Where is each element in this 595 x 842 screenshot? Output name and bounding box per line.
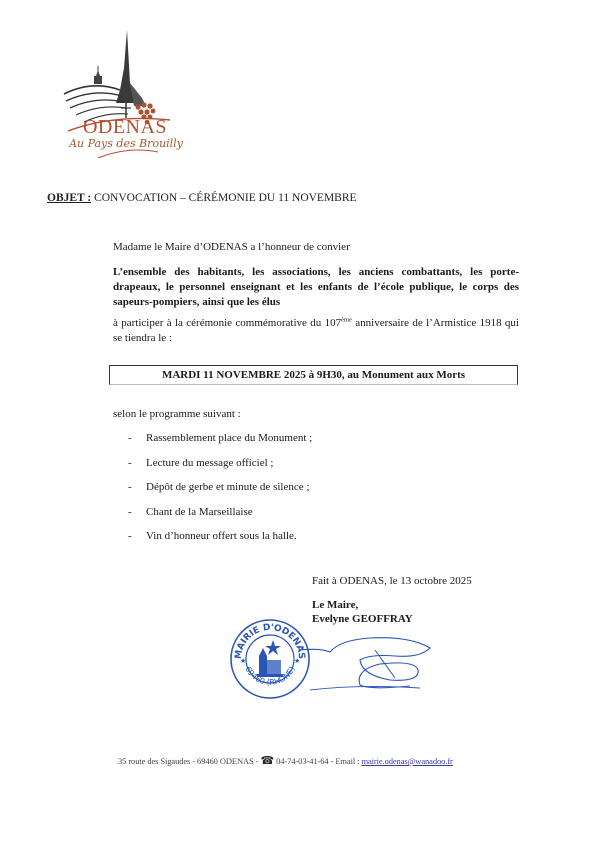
program-item: -Lecture du message officiel ; bbox=[128, 457, 312, 482]
signer-title: Le Maire, bbox=[312, 599, 358, 611]
dash-bullet: - bbox=[128, 506, 132, 518]
commune-logo: ODENAS Au Pays des Brouilly bbox=[58, 28, 188, 158]
signer-name: Evelyne GEOFFRAY bbox=[312, 613, 413, 625]
handwritten-signature bbox=[300, 630, 435, 700]
dash-bullet: - bbox=[128, 530, 132, 542]
participation-text-start: à participer à la cérémonie commémorativ… bbox=[113, 317, 341, 329]
program-item-text: Lecture du message officiel ; bbox=[146, 457, 273, 469]
participation-text: à participer à la cérémonie commémorativ… bbox=[113, 316, 519, 346]
program-item-text: Chant de la Marseillaise bbox=[146, 506, 253, 518]
signature-scribble-icon bbox=[300, 630, 435, 700]
footer-email-link[interactable]: mairie.odenas@wanadoo.fr bbox=[361, 756, 452, 766]
event-date-box: MARDI 11 NOVEMBRE 2025 à 9H30, au Monume… bbox=[109, 365, 518, 385]
dash-bullet: - bbox=[128, 432, 132, 444]
subject-line: OBJET : CONVOCATION – CÉRÉMONIE DU 11 NO… bbox=[47, 192, 357, 204]
place-and-date: Fait à ODENAS, le 13 octobre 2025 bbox=[312, 575, 472, 587]
logo-tagline: Au Pays des Brouilly bbox=[66, 137, 186, 150]
program-intro: selon le programme suivant : bbox=[113, 408, 241, 420]
program-item: -Rassemblement place du Monument ; bbox=[128, 432, 312, 457]
footer-contact: 35 route des Sigaudes - 69460 ODENAS - ☎… bbox=[118, 754, 453, 767]
program-list: -Rassemblement place du Monument ; -Lect… bbox=[128, 432, 312, 555]
program-item: -Dépôt de gerbe et minute de silence ; bbox=[128, 481, 312, 506]
telephone-icon: ☎ bbox=[260, 755, 274, 767]
subject-label: OBJET : bbox=[47, 192, 91, 204]
program-item-text: Rassemblement place du Monument ; bbox=[146, 432, 312, 444]
dash-bullet: - bbox=[128, 481, 132, 493]
intro-text: Madame le Maire d’ODENAS a l’honneur de … bbox=[113, 241, 350, 253]
invitees-text: L’ensemble des habitants, les associatio… bbox=[113, 265, 519, 310]
ordinal-suffix: ème bbox=[341, 316, 352, 323]
subject-text: CONVOCATION – CÉRÉMONIE DU 11 NOVEMBRE bbox=[91, 192, 356, 204]
svg-text:★: ★ bbox=[240, 657, 246, 665]
dash-bullet: - bbox=[128, 457, 132, 469]
program-item-text: Dépôt de gerbe et minute de silence ; bbox=[146, 481, 309, 493]
program-item-text: Vin d’honneur offert sous la halle. bbox=[146, 530, 297, 542]
stamp-seal-icon: MAIRIE D'ODENAS 69460 (RHÔNE) ★ ★ bbox=[229, 618, 311, 700]
program-item: -Chant de la Marseillaise bbox=[128, 506, 312, 531]
footer-address: 35 route des Sigaudes - 69460 ODENAS - bbox=[118, 756, 260, 766]
program-item: -Vin d’honneur offert sous la halle. bbox=[128, 530, 312, 555]
footer-phone: 04-74-03-41-64 - Email : bbox=[274, 756, 361, 766]
logo-name: ODENAS bbox=[70, 116, 180, 139]
official-stamp: MAIRIE D'ODENAS 69460 (RHÔNE) ★ ★ bbox=[229, 618, 311, 700]
